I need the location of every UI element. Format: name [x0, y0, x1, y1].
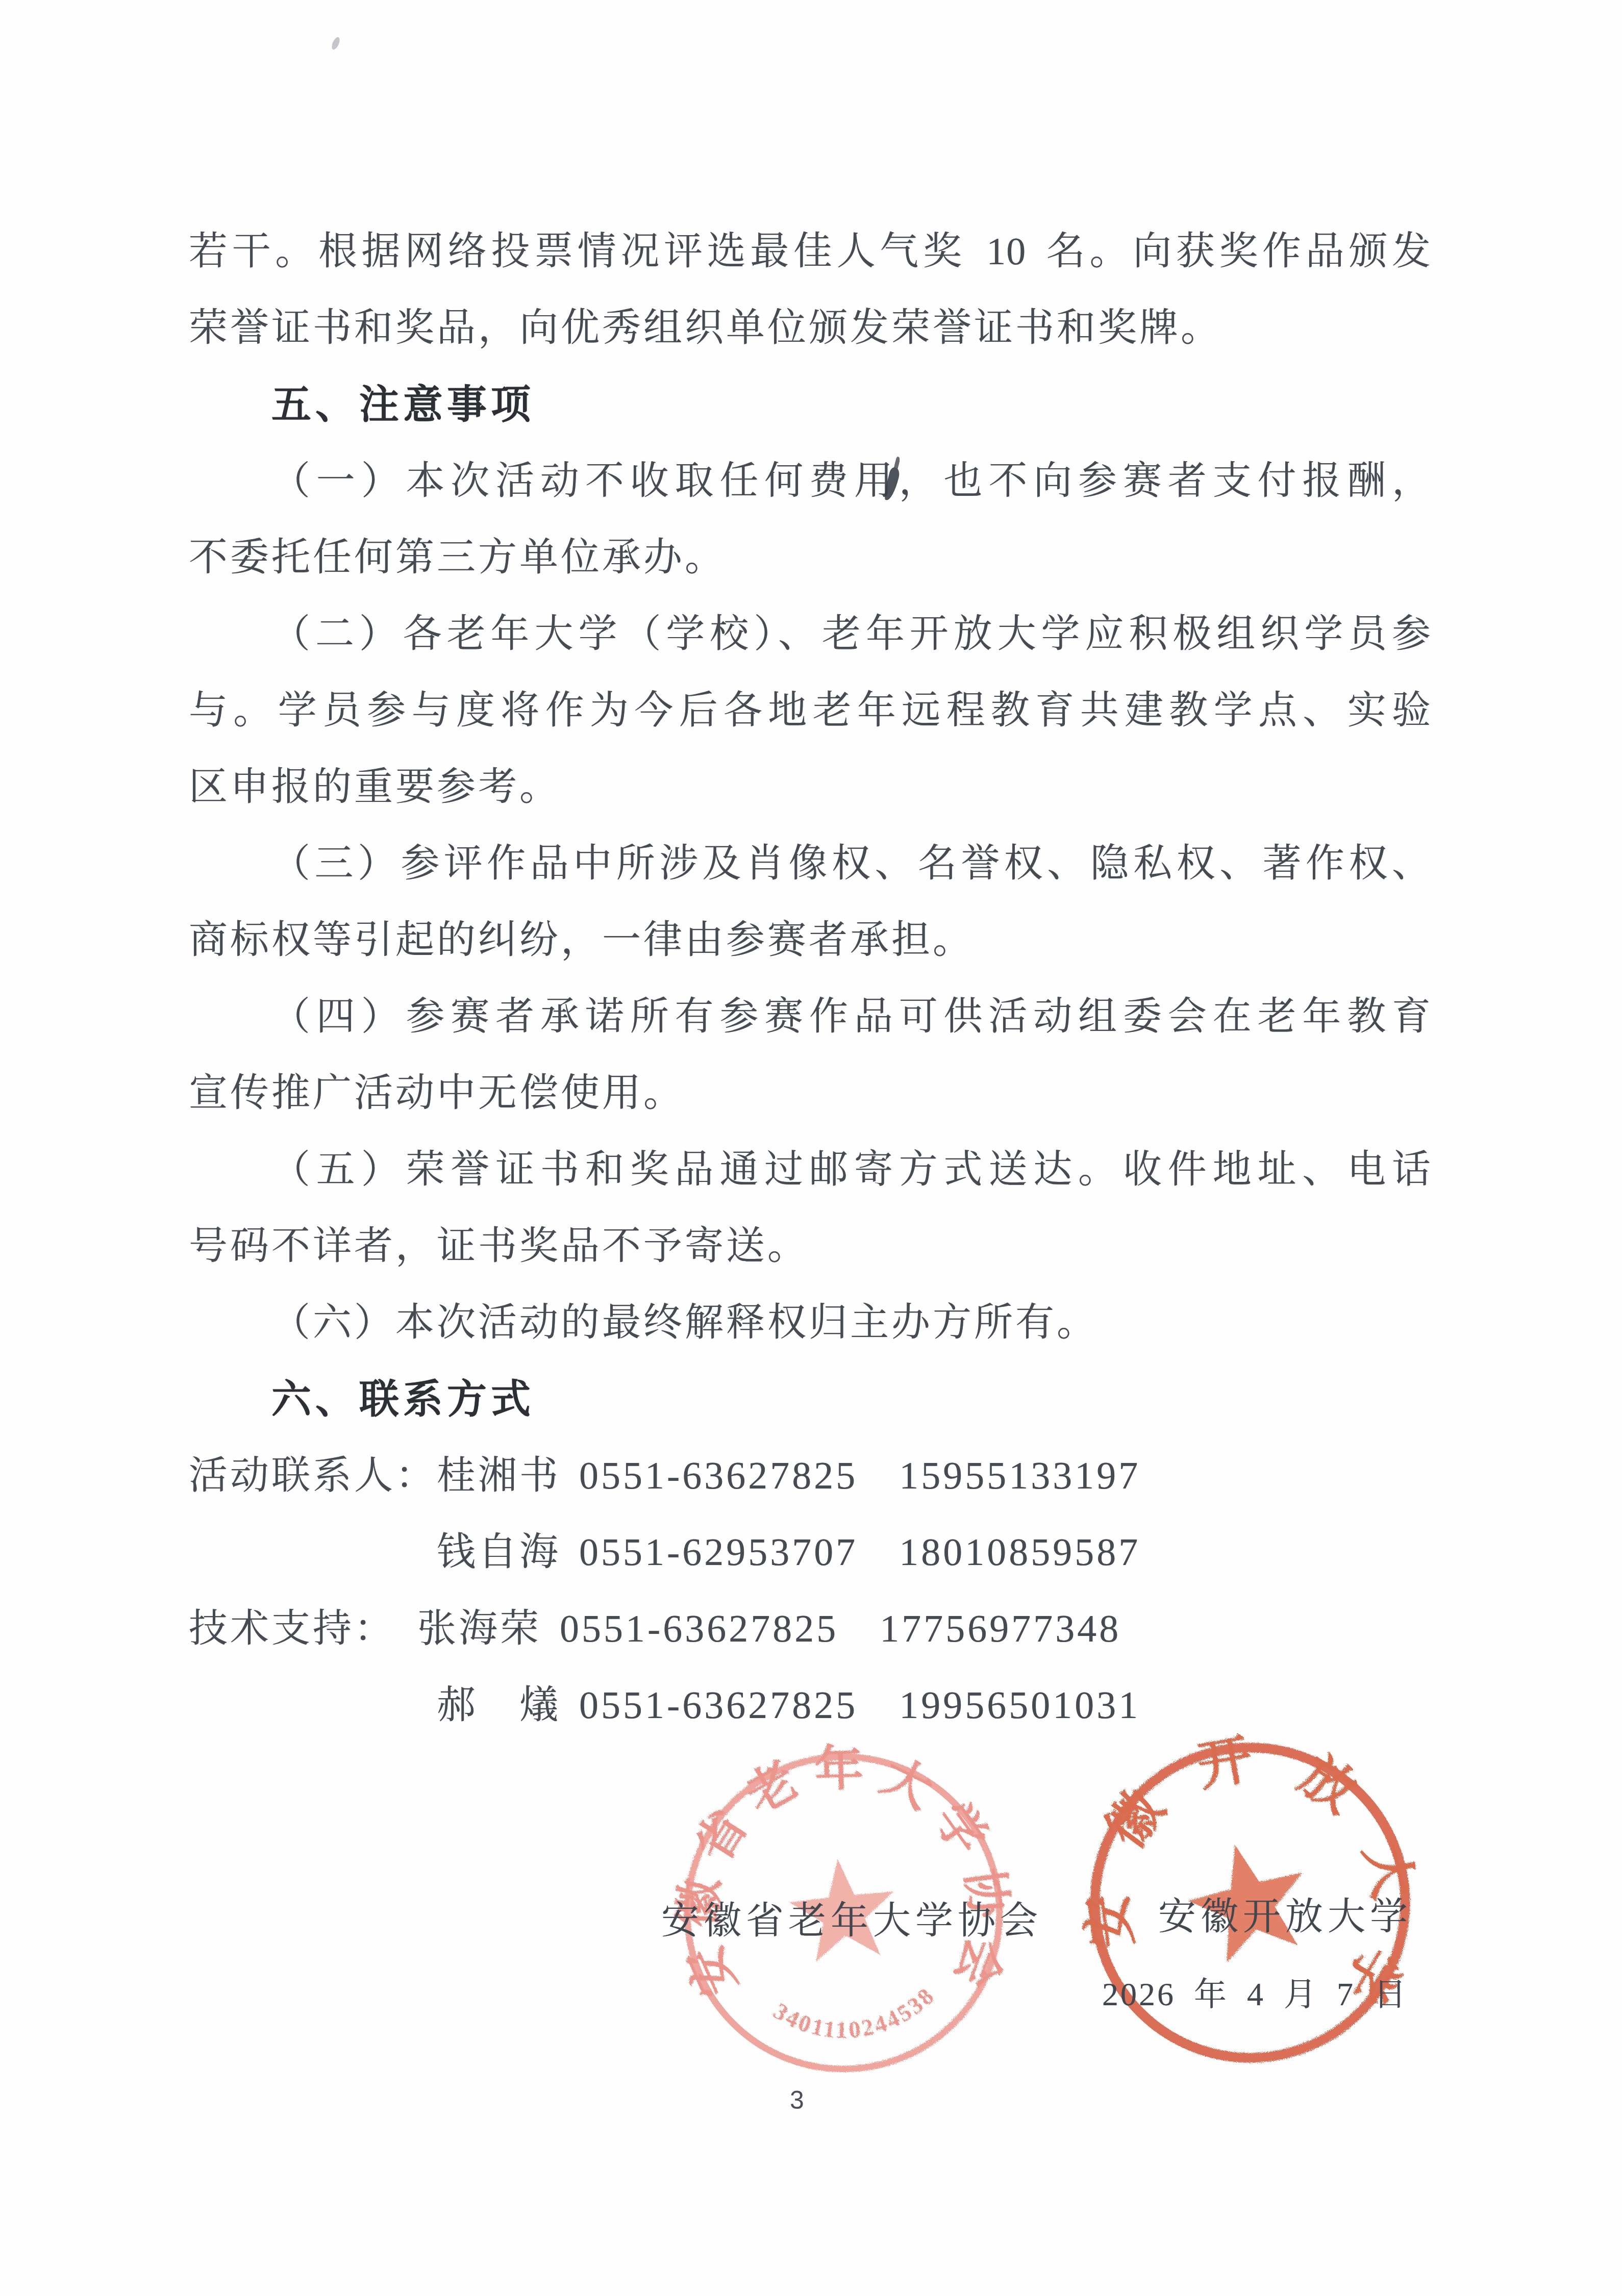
- text-line: 商标权等引起的纠纷，一律由参赛者承担。: [189, 902, 1431, 978]
- seal-serial: 3401110244538: [769, 1983, 938, 2043]
- text-line: （六）本次活动的最终解释权归主办方所有。: [189, 1284, 1431, 1361]
- document-page: { "page": { "page_number": "3", "backgro…: [0, 0, 1622, 2296]
- text-line: 宣传推广活动中无偿使用。: [189, 1055, 1431, 1131]
- text-line: （五）荣誉证书和奖品通过邮寄方式送达。收件地址、电话: [189, 1131, 1431, 1208]
- text-line: 与。学员参与度将作为今后各地老年远程教育共建教学点、实验: [189, 672, 1431, 749]
- text-line: 荣誉证书和奖品，向优秀组织单位颁发荣誉证书和奖牌。: [189, 290, 1431, 366]
- text-line: 不委托任何第三方单位承办。: [189, 519, 1431, 596]
- document-body: 若干。根据网络投票情况评选最佳人气奖 10 名。向获奖作品颁发荣誉证书和奖品，向…: [189, 213, 1431, 1744]
- section-heading: 五、注意事项: [189, 366, 1431, 443]
- text-line: 号码不详者，证书奖品不予寄送。: [189, 1208, 1431, 1284]
- text-line: （二）各老年大学（学校）、老年开放大学应积极组织学员参: [189, 596, 1431, 672]
- text-line: 区申报的重要参考。: [189, 749, 1431, 825]
- section-heading: 六、联系方式: [189, 1361, 1431, 1437]
- signature-date: 2026 年 4 月 7 日: [1102, 1968, 1408, 2015]
- text-line: 钱自海 0551-62953707 18010859587: [189, 1514, 1431, 1591]
- svg-text:3401110244538: 3401110244538: [769, 1983, 938, 2043]
- signature-left-org: 安徽省老年大学协会: [661, 1890, 1042, 1945]
- paper-speck: [330, 36, 341, 51]
- text-line: 技术支持： 张海荣 0551-63627825 17756977348: [189, 1591, 1431, 1667]
- text-line: （三）参评作品中所涉及肖像权、名誉权、隐私权、著作权、: [189, 825, 1431, 902]
- text-line: （四）参赛者承诺所有参赛作品可供活动组委会在老年教育: [189, 978, 1431, 1055]
- signature-right-org: 安徽开放大学: [1158, 1886, 1412, 1940]
- text-line: （一）本次活动不收取任何费用，也不向参赛者支付报酬，: [189, 443, 1431, 519]
- text-line: 若干。根据网络投票情况评选最佳人气奖 10 名。向获奖作品颁发: [189, 213, 1431, 290]
- page-number: 3: [790, 2085, 804, 2115]
- text-line: 活动联系人：桂湘书 0551-63627825 15955133197: [189, 1437, 1431, 1514]
